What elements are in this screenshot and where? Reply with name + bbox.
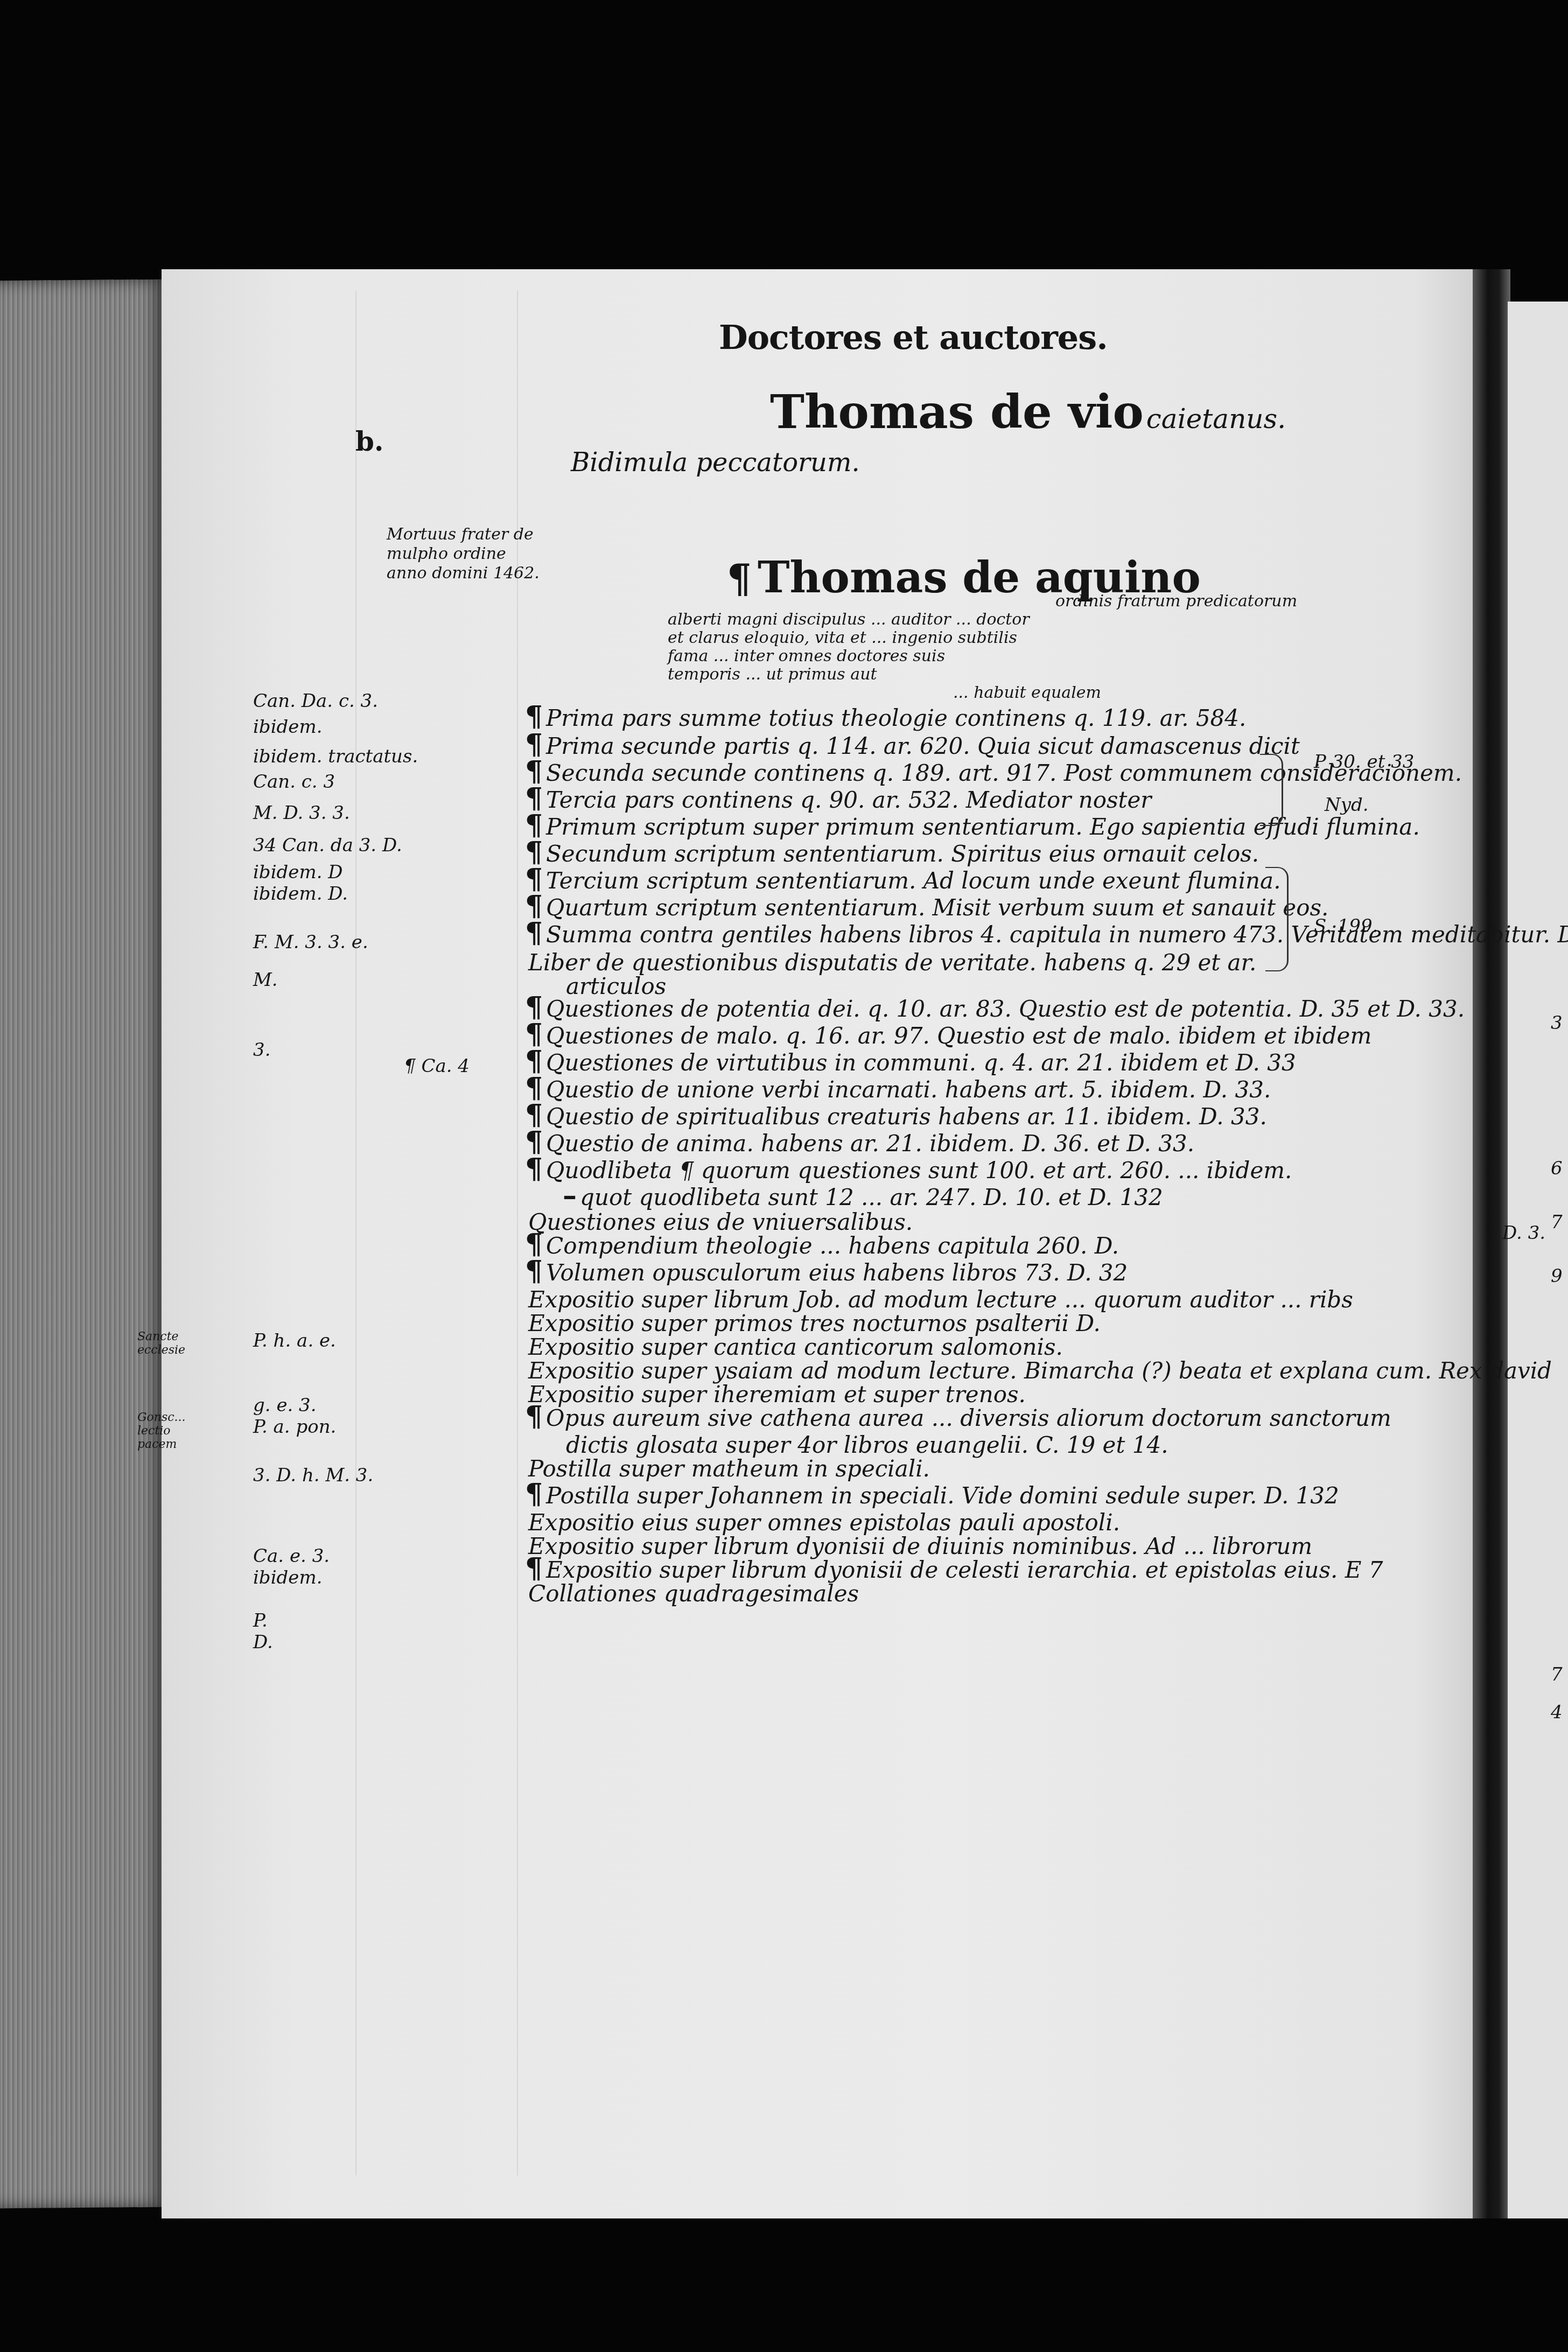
margin-note: Can. c. 3 — [253, 771, 335, 793]
entry-text: Questio de spiritualibus creaturis haben… — [546, 1103, 1267, 1130]
tiny-note-line: pacem — [137, 1438, 186, 1451]
entry-text: Questio de anima. habens ar. 21. ibidem.… — [546, 1130, 1194, 1157]
ruling-line — [355, 291, 356, 2175]
bracket-note: S. 199. — [1314, 915, 1378, 937]
entry-text: Volumen opusculorum eius habens libros 7… — [546, 1259, 1128, 1286]
margin-note: Can. Da. c. 3. — [253, 690, 378, 712]
adjacent-page-fragment-text: 6 — [1551, 1158, 1563, 1179]
author-epithet: caietanus. — [1146, 403, 1286, 435]
entry-text: Quartum scriptum sententiarum. Misit ver… — [546, 894, 1328, 921]
list-item: ¶Questio de spiritualibus creaturis habe… — [525, 1101, 1267, 1129]
author-name: Thomas de vio — [770, 385, 1144, 439]
list-item: ¶Prima pars summe totius theologie conti… — [525, 703, 1246, 731]
margin-note: P. a. pon. — [253, 1416, 336, 1438]
adjacent-page-fragment-text: 3 — [1551, 1012, 1563, 1034]
entry-text: Summa contra gentiles habens libros 4. c… — [546, 921, 1568, 948]
list-item: ¶Postilla super Johannem in speciali. Vi… — [525, 1480, 1339, 1508]
description-line: et clarus eloquio, vita et ... ingenio s… — [668, 629, 1384, 647]
list-item: –quot quodlibeta sunt 12 ... ar. 247. D.… — [563, 1182, 1163, 1210]
list-item: ¶Quartum scriptum sententiarum. Misit ve… — [525, 892, 1328, 920]
margin-note: ibidem. D. — [253, 883, 348, 905]
bracket-note: P 30. et 33 — [1314, 751, 1414, 773]
entry-text: Postilla super matheum in speciali. — [528, 1455, 930, 1482]
margin-note-line: mulpho ordine — [387, 544, 559, 564]
margin-note: F. M. 3. 3. e. — [253, 932, 368, 953]
margin-note: P. h. a. e. — [253, 1330, 336, 1352]
author-description: ordinis fratrum predicatorum alberti mag… — [668, 592, 1384, 702]
margin-note: g. e. 3. — [253, 1395, 317, 1416]
adjacent-page-fragment-text: 9 — [1551, 1265, 1563, 1287]
margin-note: ¶ Ca. 4 — [404, 1055, 470, 1077]
list-item: ¶Prima secunde partis q. 114. ar. 620. Q… — [525, 731, 1300, 759]
author-heading-1: Thomas de vio caietanus. — [770, 385, 1286, 439]
margin-note: 3. — [253, 1039, 270, 1061]
list-item: Collationes quadragesimales — [525, 1578, 859, 1606]
paragraph-mark-icon: ¶ — [525, 1478, 543, 1510]
margin-note: M. — [253, 969, 278, 991]
paragraph-mark-icon: ¶ — [525, 1152, 543, 1185]
list-item: ¶Opus aureum sive cathena aurea ... dive… — [525, 1403, 1391, 1431]
tiny-margin-note: Sancteecclesie — [137, 1330, 185, 1357]
adjacent-page-fragment — [1508, 302, 1568, 2218]
list-item: ¶Secundum scriptum sententiarum. Spiritu… — [525, 838, 1259, 866]
list-item: ¶Quodlibeta ¶ quorum questiones sunt 100… — [525, 1155, 1292, 1183]
entry-text: Tercia pars continens q. 90. ar. 532. Me… — [546, 787, 1151, 813]
entry-text: Primum scriptum super primum sententiaru… — [546, 814, 1420, 840]
tiny-note-line: lectio — [137, 1424, 186, 1438]
margin-letter: b. — [355, 428, 383, 455]
entry-text: Prima secunde partis q. 114. ar. 620. Qu… — [546, 733, 1300, 759]
margin-note-death: Mortuus frater de mulpho ordine anno dom… — [387, 525, 559, 583]
margin-note: D. — [253, 1632, 273, 1653]
adjacent-page-fragment-text: D. 3. — [1502, 1222, 1545, 1244]
entry-text: Tercium scriptum sententiarum. Ad locum … — [546, 867, 1280, 894]
list-item: ¶Primum scriptum super primum sententiar… — [525, 811, 1420, 839]
tiny-note-line: ecclesie — [137, 1343, 185, 1357]
entry-text: Questiones de malo. q. 16. ar. 97. Quest… — [546, 1023, 1371, 1049]
list-item: ¶Summa contra gentiles habens libros 4. … — [525, 919, 1568, 947]
bracket-mark — [1265, 867, 1289, 971]
description-line: alberti magni discipulus ... auditor ...… — [668, 611, 1384, 629]
margin-note: ibidem. D — [253, 862, 343, 883]
list-item: ¶Questiones de virtutibus in communi. q.… — [525, 1047, 1296, 1075]
entry-text: Questiones de virtutibus in communi. q. … — [546, 1049, 1296, 1076]
margin-note: P. — [253, 1610, 268, 1632]
list-item: ¶Volumen opusculorum eius habens libros … — [525, 1257, 1128, 1285]
margin-note: ibidem. tractatus. — [253, 746, 418, 767]
bracket-note: Nyd. — [1325, 794, 1369, 816]
list-item: ¶Questio de anima. habens ar. 21. ibidem… — [525, 1128, 1194, 1156]
description-line: ... habuit equalem — [668, 684, 1384, 702]
list-item: ¶Tercium scriptum sententiarum. Ad locum… — [525, 865, 1281, 893]
adjacent-page-fragment-text: 4 — [1551, 1702, 1563, 1723]
book-page-edges — [0, 279, 167, 2209]
tiny-note-line: Gonsc... — [137, 1411, 186, 1424]
list-item: Postilla super matheum in speciali. — [525, 1453, 930, 1481]
description-line: ordinis fratrum predicatorum — [668, 592, 1384, 611]
list-item: ¶Questio de unione verbi incarnati. habe… — [525, 1074, 1271, 1102]
list-item: ¶Questiones de malo. q. 16. ar. 97. Ques… — [525, 1020, 1371, 1048]
entry-text: Postilla super Johannem in speciali. Vid… — [546, 1482, 1339, 1509]
margin-note: ibidem. — [253, 716, 322, 738]
entry-text: Secundum scriptum sententiarum. Spiritus… — [546, 841, 1259, 867]
margin-note-line: Mortuus frater de — [387, 525, 559, 544]
margin-note: 34 Can. da 3. D. — [253, 835, 402, 856]
entry-text: Collationes quadragesimales — [528, 1580, 859, 1607]
description-line: fama ... inter omnes doctores suis — [668, 647, 1384, 666]
margin-note: ibidem. — [253, 1567, 322, 1588]
adjacent-page-fragment-text: 7 — [1551, 1664, 1563, 1685]
description-line: temporis ... ut primus aut — [668, 666, 1384, 684]
entry-text: Questio de unione verbi incarnati. haben… — [546, 1076, 1271, 1103]
list-item: ¶Tercia pars continens q. 90. ar. 532. M… — [525, 785, 1151, 813]
entry-text: Quodlibeta ¶ quorum questiones sunt 100.… — [546, 1157, 1292, 1184]
page-header: Doctores et auctores. — [719, 318, 1108, 357]
list-item: ¶Compendium theologie ... habens capitul… — [525, 1230, 1119, 1258]
work-title: Bidimula peccatorum. — [571, 450, 860, 475]
margin-note: Ca. e. 3. — [253, 1545, 330, 1567]
tiny-note-line: Sancte — [137, 1330, 185, 1343]
list-item: ¶Questiones de potentia dei. q. 10. ar. … — [525, 993, 1465, 1021]
paragraph-mark-icon: ¶ — [525, 916, 543, 949]
book-gutter-shadow — [1473, 269, 1510, 2218]
entry-text: Questiones de potentia dei. q. 10. ar. 8… — [546, 996, 1465, 1022]
entry-text: Compendium theologie ... habens capitula… — [546, 1233, 1119, 1259]
margin-note: M. D. 3. 3. — [253, 802, 350, 824]
bracket-mark — [1260, 754, 1283, 826]
adjacent-page-fragment-text: 7 — [1551, 1212, 1563, 1233]
entry-text: Prima pars summe totius theologie contin… — [546, 705, 1246, 731]
paragraph-mark-icon: ¶ — [525, 1400, 543, 1433]
margin-note-line: anno domini 1462. — [387, 564, 559, 583]
tiny-margin-note: Gonsc...lectiopacem — [137, 1411, 186, 1451]
margin-note: 3. D. h. M. 3. — [253, 1465, 373, 1486]
entry-text: Opus aureum sive cathena aurea ... diver… — [546, 1405, 1391, 1431]
paragraph-mark-icon: ¶ — [525, 1255, 543, 1287]
